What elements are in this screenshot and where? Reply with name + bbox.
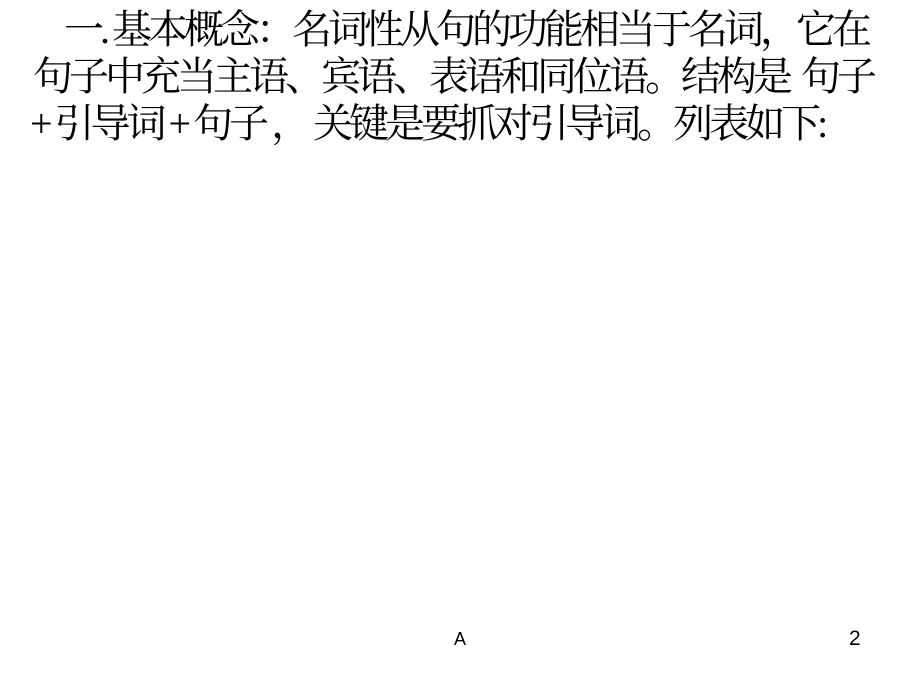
- body-text-line-3: + 引导词 + 句子 ， 关键是要抓对引导词。列表如下:: [30, 100, 824, 147]
- footer-label: A: [0, 629, 920, 649]
- body-text-line-2: 句子中充当主语、宾语、表语和同位语。结构是 句子: [33, 53, 873, 100]
- body-text-line-1: 一. 基本概念：名词性从句的功能相当于名词，它在: [64, 6, 868, 53]
- slide-page-number: 2: [849, 627, 861, 650]
- presentation-slide: 一. 基本概念：名词性从句的功能相当于名词，它在 句子中充当主语、宾语、表语和同…: [0, 0, 920, 690]
